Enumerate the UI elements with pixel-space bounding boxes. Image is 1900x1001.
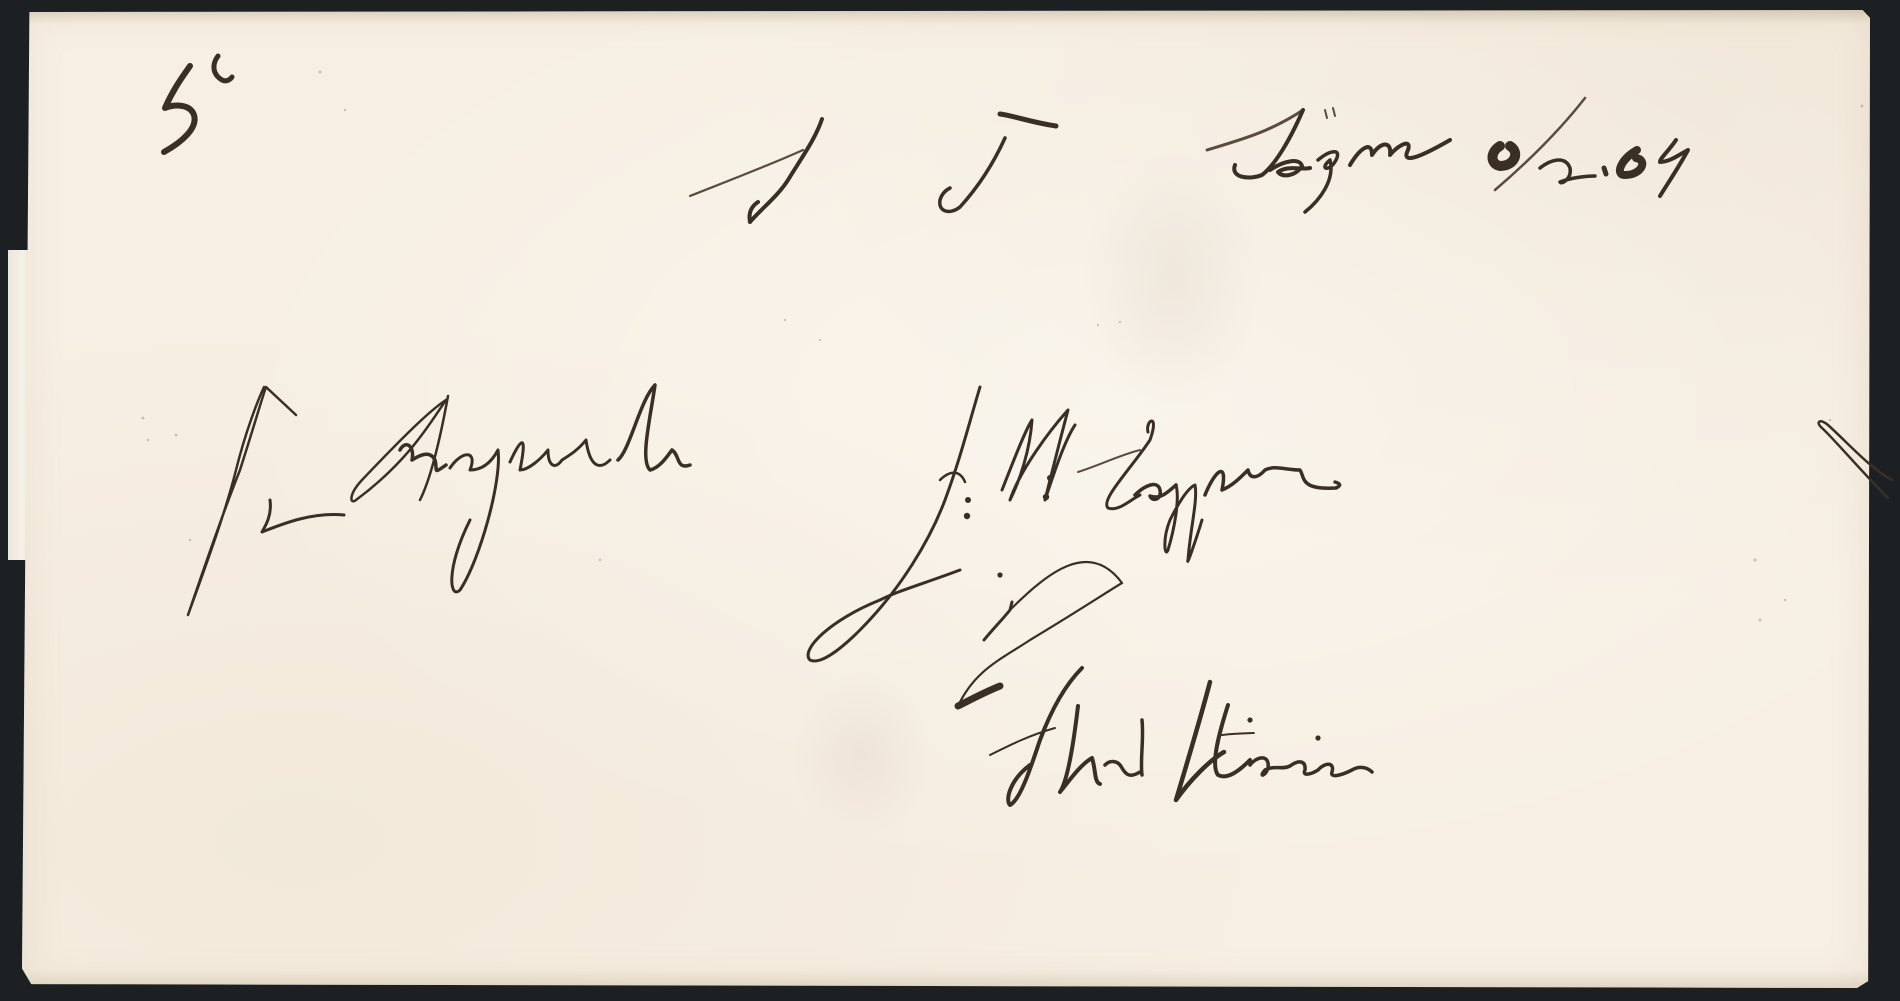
dispatch-date: 6/12·64 [1490, 110, 1720, 180]
rate-mark: 5ˢ [160, 70, 218, 140]
right-edge-flourish [1819, 421, 1892, 498]
address-preposition: i [985, 575, 1004, 645]
fee-mark: ſ J [720, 120, 796, 202]
address-title: Regfandler [360, 420, 754, 502]
address-prefix: Hr. [190, 440, 315, 533]
address-name: J. W. Cappelen [800, 420, 1307, 502]
scanned-cover: 5ˢ ſ J Sögne 6/12·64 Hr. Regfandler J. W… [0, 0, 1900, 1001]
address-underline [958, 583, 1122, 706]
address-city: Christiania [1020, 700, 1468, 793]
dispatch-place: Sögne [1210, 110, 1400, 180]
preposition-handwriting [984, 562, 1122, 640]
